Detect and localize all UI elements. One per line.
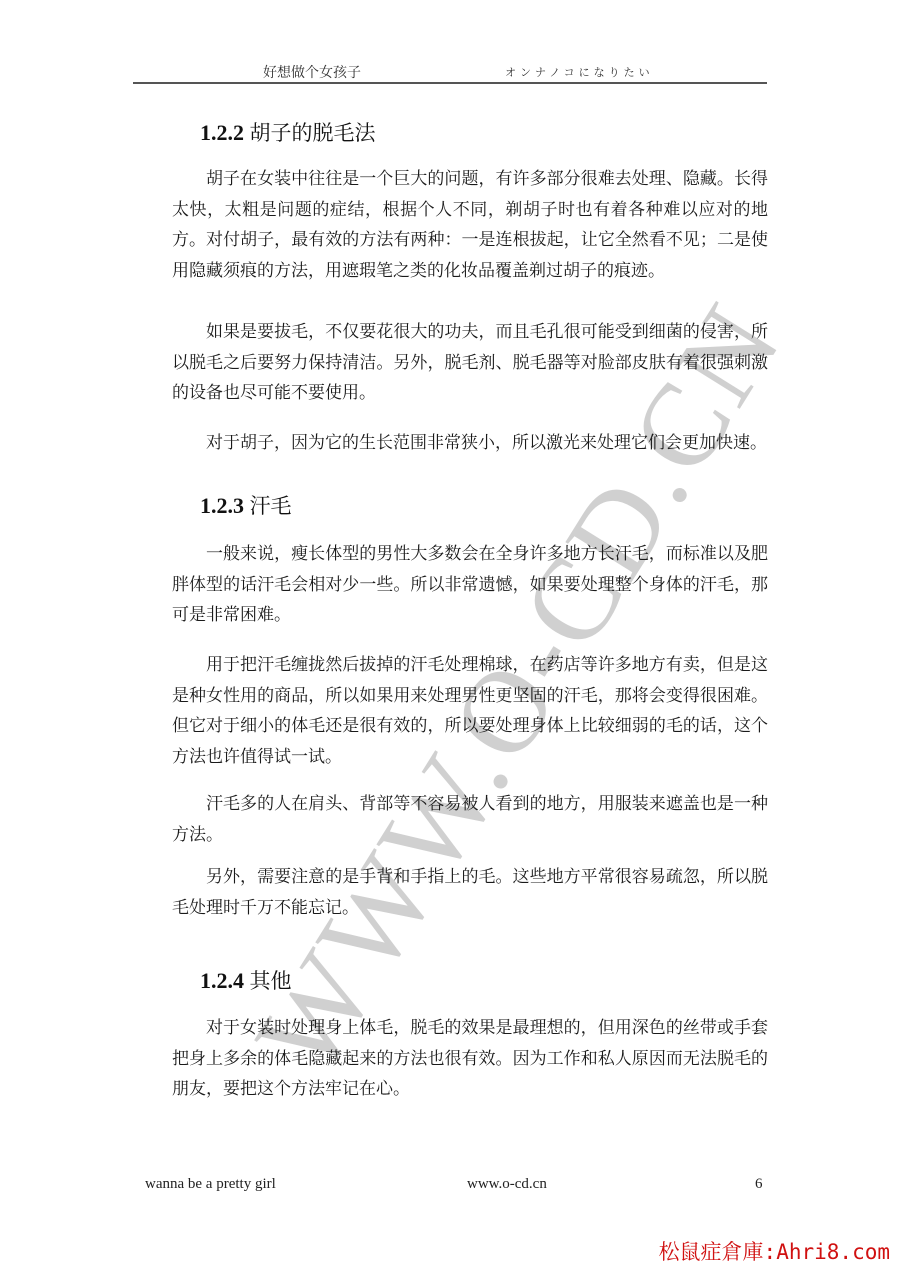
- footer-url: www.o-cd.cn: [467, 1176, 547, 1193]
- paragraph: 汗毛多的人在肩头、背部等不容易被人看到的地方，用服装来遮盖也是一种方法。: [172, 789, 768, 850]
- section-heading-1-2-2: 1.2.2 胡子的脱毛法: [200, 117, 376, 147]
- paragraph: 一般来说，瘦长体型的男性大多数会在全身许多地方长汗毛，而标准以及肥胖体型的话汗毛…: [172, 539, 768, 631]
- header-right-title: オンナノコになりたい: [505, 64, 654, 80]
- paragraph: 用于把汗毛缠拢然后拔掉的汗毛处理棉球，在药店等许多地方有卖，但是这是种女性用的商…: [172, 650, 768, 772]
- section-title: 汗毛: [250, 494, 292, 518]
- site-watermark-label: 松鼠症倉庫:Ahri8.com: [659, 1236, 890, 1266]
- header-left-title: 好想做个女孩子: [263, 62, 361, 82]
- paragraph: 胡子在女装中往往是一个巨大的问题，有许多部分很难去处理、隐藏。长得太快，太粗是问…: [172, 164, 768, 286]
- section-title: 胡子的脱毛法: [250, 121, 376, 145]
- page-header: 好想做个女孩子 オンナノコになりたい: [133, 58, 767, 84]
- paragraph: 对于女装时处理身上体毛，脱毛的效果是最理想的，但用深色的丝带或手套把身上多余的体…: [172, 1013, 768, 1105]
- footer-left-text: wanna be a pretty girl: [145, 1176, 276, 1193]
- page-number: 6: [755, 1176, 763, 1193]
- paragraph: 对于胡子，因为它的生长范围非常狭小，所以激光来处理它们会更加快速。: [172, 428, 768, 459]
- paragraph: 另外，需要注意的是手背和手指上的毛。这些地方平常很容易疏忽，所以脱毛处理时千万不…: [172, 862, 768, 923]
- section-number: 1.2.4: [200, 968, 244, 993]
- section-heading-1-2-3: 1.2.3 汗毛: [200, 490, 292, 520]
- section-number: 1.2.3: [200, 493, 244, 518]
- paragraph: 如果是要拔毛，不仅要花很大的功夫，而且毛孔很可能受到细菌的侵害，所以脱毛之后要努…: [172, 317, 768, 409]
- section-heading-1-2-4: 1.2.4 其他: [200, 965, 292, 995]
- section-number: 1.2.2: [200, 120, 244, 145]
- section-title: 其他: [250, 969, 292, 993]
